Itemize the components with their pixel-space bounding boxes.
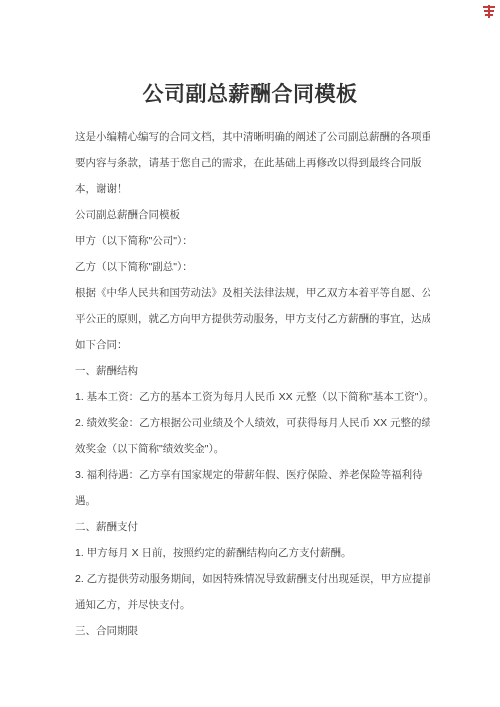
doc-line: 通知乙方，并尽快支付。 [75, 592, 430, 618]
doc-line-section-heading: 一、薪酬结构 [75, 358, 430, 384]
doc-line: 3. 福利待遇：乙方享有国家规定的带薪年假、医疗保险、养老保险等福利待 [75, 462, 430, 488]
document-title: 公司副总薪酬合同模板 [0, 0, 500, 106]
doc-line: 根据《中华人民共和国劳动法》及相关法律法规，甲乙双方本着平等自愿、公 [75, 280, 430, 306]
doc-line: 2. 乙方提供劳动服务期间，如因特殊情况导致薪酬支付出现延误，甲方应提前 [75, 566, 430, 592]
red-seal-icon [483, 5, 495, 18]
doc-line: 公司副总薪酬合同模板 [75, 202, 430, 228]
doc-line: 乙方（以下简称"副总"）： [75, 254, 430, 280]
document-body: 这是小编精心编写的合同文档，其中清晰明确的阐述了公司副总薪酬的各项重 要内容与条… [0, 124, 500, 644]
doc-line: 甲方（以下简称"公司"）： [75, 228, 430, 254]
doc-line-section-heading: 二、薪酬支付 [75, 514, 430, 540]
doc-line: 这是小编精心编写的合同文档，其中清晰明确的阐述了公司副总薪酬的各项重 [75, 124, 430, 150]
doc-line-section-heading: 三、合同期限 [75, 618, 430, 644]
doc-line: 1. 甲方每月 X 日前，按照约定的薪酬结构向乙方支付薪酬。 [75, 540, 430, 566]
doc-line: 如下合同： [75, 332, 430, 358]
doc-line: 效奖金（以下简称"绩效奖金"）。 [75, 436, 430, 462]
doc-line: 遇。 [75, 488, 430, 514]
doc-line: 1. 基本工资：乙方的基本工资为每月人民币 XX 元整（以下简称"基本工资"）。 [75, 384, 430, 410]
doc-line: 本，谢谢！ [75, 176, 430, 202]
doc-line: 要内容与条款，请基于您自己的需求，在此基础上再修改以得到最终合同版 [75, 150, 430, 176]
doc-line: 平公正的原则，就乙方向甲方提供劳动服务，甲方支付乙方薪酬的事宜，达成 [75, 306, 430, 332]
document-page: 公司副总薪酬合同模板 这是小编精心编写的合同文档，其中清晰明确的阐述了公司副总薪… [0, 0, 500, 707]
doc-line: 2. 绩效奖金：乙方根据公司业绩及个人绩效，可获得每月人民币 XX 元整的绩 [75, 410, 430, 436]
